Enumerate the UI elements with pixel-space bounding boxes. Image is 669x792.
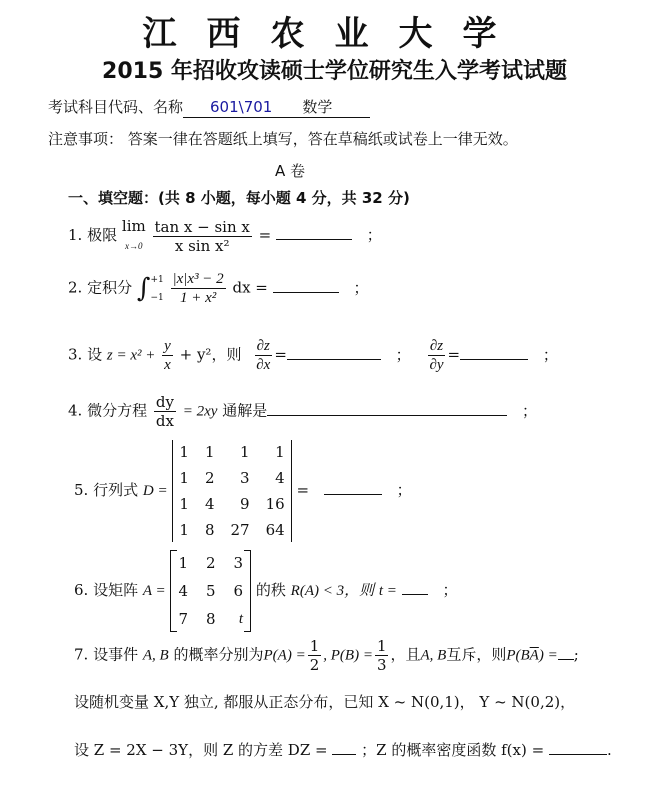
determinant: 1111 1234 14916 182764 [172, 440, 291, 542]
exam-title: 2015 年招收攻读硕士学位研究生入学考试试题 [0, 58, 669, 86]
notice-text: 答案一律在答题纸上填写，答在草稿纸或试卷上一律无效。 [128, 130, 518, 148]
answer-blank-7[interactable] [558, 645, 574, 660]
answer-blank-1[interactable] [276, 225, 352, 240]
question-4: 4. 微分方程 dydx = 2xy 通解是 ； [68, 393, 537, 430]
section-title: 一、填空题：(共 8 小题，每小题 4 分，共 32 分) [68, 187, 410, 208]
notice-line: 注意事项： 答案一律在答题纸上填写，答在草稿纸或试卷上一律无效。 [48, 128, 518, 149]
question-3: 3. 设 z = x² + yx + y²，则 ∂z∂x= ； ∂z∂y= ； [68, 337, 558, 374]
answer-blank-6[interactable] [402, 580, 428, 595]
question-6: 6. 设矩阵 A = 123 456 78t 的秩 R(A) < 3，则 t =… [74, 550, 458, 632]
matrix-a: 123 456 78t [170, 550, 251, 632]
question-1: 1. 极限 lim x→0 tan x − sin xx sin x² = ； [68, 216, 382, 256]
subject-name: 数学 [302, 98, 332, 116]
answer-blank-5[interactable] [324, 480, 382, 495]
question-7: 7. 设事件 A, B 的概率分别为P(A) =12, P(B) =13，且A,… [74, 637, 579, 674]
question-8-line-1: 设随机变量 X,Y 独立, 都服从正态分布，已知 X ~ N(0,1)， Y ~… [74, 692, 575, 712]
answer-blank-2[interactable] [273, 278, 339, 293]
answer-blank-4[interactable] [267, 401, 507, 416]
subject-code: 601\701 [210, 98, 272, 116]
paper-label: A 卷 [275, 160, 305, 181]
answer-blank-3b[interactable] [460, 345, 528, 360]
answer-blank-8a[interactable] [332, 740, 356, 755]
answer-blank-3a[interactable] [287, 345, 381, 360]
university-title: 江西农业大学 [0, 14, 669, 54]
question-5: 5. 行列式 D = 1111 1234 14916 182764 = ； [74, 440, 412, 542]
subject-label: 考试科目代码、名称 [48, 98, 183, 116]
integral-sign: ∫ [137, 274, 151, 304]
subject-line: 考试科目代码、名称601\701数学 [48, 96, 370, 118]
question-2: 2. 定积分 ∫+1−1 |x|x³ − 21 + x² dx = ； [68, 270, 368, 307]
question-8-line-2: 设 Z = 2X − 3Y，则 Z 的方差 DZ = ；Z 的概率密度函数 f(… [74, 740, 612, 760]
notice-label: 注意事项： [48, 130, 123, 148]
answer-blank-8b[interactable] [549, 740, 607, 755]
